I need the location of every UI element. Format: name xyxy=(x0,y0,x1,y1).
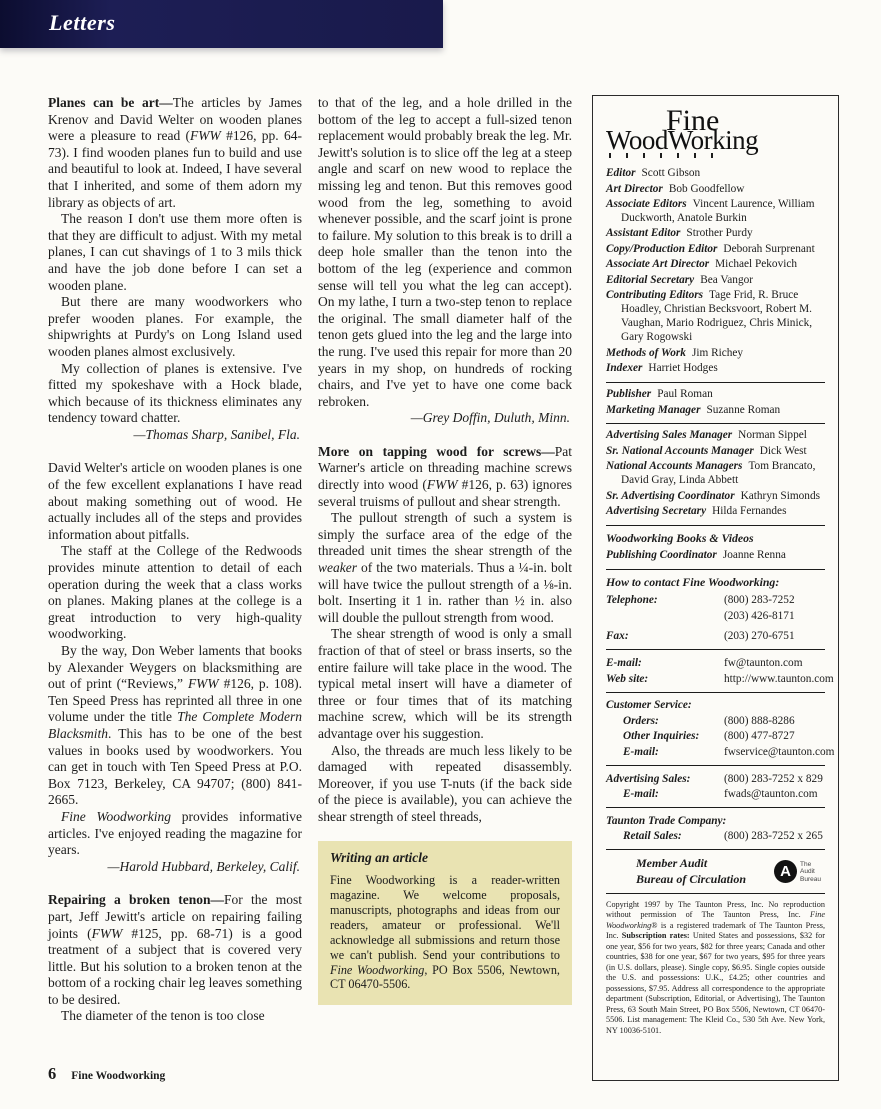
letter-start-paragraph: Repairing a broken tenon—For the most pa… xyxy=(48,892,302,1008)
letter-paragraph: My collection of planes is extensive. I'… xyxy=(48,361,302,427)
masthead-entry-label: Advertising Sales Manager xyxy=(606,429,732,441)
masthead-divider xyxy=(606,807,825,808)
contact-value: fw@taunton.com xyxy=(724,656,825,671)
masthead-entry: Editorial SecretaryBea Vangor xyxy=(606,274,825,288)
masthead-entry-value: Harriet Hodges xyxy=(648,362,717,374)
masthead-entry-label: Publisher xyxy=(606,388,651,400)
letters-column-2-text: to that of the leg, and a hole drilled i… xyxy=(318,95,572,826)
audit-bureau-logo: ATheAuditBureau xyxy=(774,860,825,883)
masthead-entry-value: Jim Richey xyxy=(692,347,743,359)
letter-signature: —Thomas Sharp, Sanibel, Fla. xyxy=(48,427,302,444)
letter-signature: —Harold Hubbard, Berkeley, Calif. xyxy=(48,859,302,876)
contact-label: Web site: xyxy=(606,672,724,687)
masthead-entry-value: Bea Vangor xyxy=(700,274,753,286)
letter-paragraph: The staff at the College of the Redwoods… xyxy=(48,543,302,643)
masthead-entry: National Accounts ManagersTom Brancato, … xyxy=(606,460,825,488)
audit-bureau-caption-line: The xyxy=(800,861,821,868)
masthead-entry-label: Publishing Coordinator xyxy=(606,549,717,561)
masthead-entry: Assistant EditorStrother Purdy xyxy=(606,227,825,241)
letters-column-2: to that of the leg, and a hole drilled i… xyxy=(318,95,572,1005)
contact-value: (800) 283-7252 x 829 xyxy=(724,772,825,787)
masthead-entry-label: Art Director xyxy=(606,183,663,195)
masthead-entry-label: Editorial Secretary xyxy=(606,274,694,286)
masthead-divider xyxy=(606,765,825,766)
audit-bureau-caption-line: Bureau xyxy=(800,876,821,883)
contact-label: E-mail: xyxy=(606,787,724,802)
masthead-entry: Methods of WorkJim Richey xyxy=(606,347,825,361)
contact-row: Fax:(203) 270-6751 xyxy=(606,629,825,644)
letter-paragraph: Fine Woodworking provides informative ar… xyxy=(48,809,302,859)
masthead-divider xyxy=(606,569,825,570)
masthead-entry: Sr. Advertising CoordinatorKathryn Simon… xyxy=(606,490,825,504)
page-section-title: Letters xyxy=(49,10,116,36)
letter-paragraph: David Welter's article on wooden planes … xyxy=(48,460,302,543)
masthead-box: Fine WoodWorking EditorScott GibsonArt D… xyxy=(592,95,839,1081)
contact-row: Web site:http://www.taunton.com xyxy=(606,672,825,687)
letter-paragraph: The pullout strength of such a system is… xyxy=(318,510,572,626)
masthead-entry-label: Marketing Manager xyxy=(606,404,700,416)
masthead-entry: Marketing ManagerSuzanne Roman xyxy=(606,404,825,418)
masthead-entry-label: Editor xyxy=(606,167,636,179)
section-header-bar: Letters xyxy=(0,0,443,48)
masthead-entry: Advertising SecretaryHilda Fernandes xyxy=(606,505,825,519)
contact-label: Fax: xyxy=(606,629,724,644)
contact-value: http://www.taunton.com xyxy=(724,672,834,687)
masthead-items: EditorScott GibsonArt DirectorBob Goodfe… xyxy=(606,167,825,1036)
contact-label: E-mail: xyxy=(606,745,724,760)
contact-value: (203) 426-8171 xyxy=(724,609,825,624)
contact-label: Orders: xyxy=(606,714,724,729)
masthead-entry-value: Kathryn Simonds xyxy=(741,490,820,502)
masthead-entry-value: Strother Purdy xyxy=(686,227,752,239)
letter-heading: Repairing a broken tenon— xyxy=(48,892,224,907)
magazine-letters-page: Letters Planes can be art—The articles b… xyxy=(0,0,881,1109)
masthead-entry-value: Joanne Renna xyxy=(723,549,786,561)
masthead-entry-value: Norman Sippel xyxy=(738,429,807,441)
masthead-fineprint: Copyright 1997 by The Taunton Press, Inc… xyxy=(606,900,825,1037)
fine-woodworking-logo: Fine WoodWorking xyxy=(606,108,825,158)
masthead-entry-value: Dick West xyxy=(760,445,807,457)
masthead-divider xyxy=(606,382,825,383)
letter-start-paragraph: Planes can be art—The articles by James … xyxy=(48,95,302,211)
masthead-entry-value: Deborah Surprenant xyxy=(723,243,814,255)
page-footer: 6 Fine Woodworking xyxy=(48,1064,165,1084)
masthead-section-heading: Woodworking Books & Videos xyxy=(606,531,825,546)
masthead-entry-value: Scott Gibson xyxy=(642,167,701,179)
contact-row: E-mail:fwservice@taunton.com xyxy=(606,745,825,760)
contact-row: Customer Service: xyxy=(606,698,825,713)
masthead-entry-label: Associate Editors xyxy=(606,198,687,210)
masthead-entry: Copy/Production EditorDeborah Surprenant xyxy=(606,243,825,257)
audit-bureau-caption-line: Audit xyxy=(800,868,821,875)
masthead-entry-value: Bob Goodfellow xyxy=(669,183,745,195)
letter-paragraph: Also, the threads are much less likely t… xyxy=(318,743,572,826)
masthead-divider xyxy=(606,849,825,850)
masthead-entry-label: Contributing Editors xyxy=(606,289,703,301)
letter-heading: More on tapping wood for screws— xyxy=(318,444,555,459)
masthead-divider xyxy=(606,893,825,894)
contact-row: Taunton Trade Company: xyxy=(606,814,825,829)
masthead-entry: Contributing EditorsTage Frid, R. Bruce … xyxy=(606,289,825,345)
letter-start-paragraph: More on tapping wood for screws—Pat Warn… xyxy=(318,444,572,510)
letter-signature: —Grey Doffin, Duluth, Minn. xyxy=(318,410,572,427)
masthead-entry-label: Methods of Work xyxy=(606,347,686,359)
contact-row: E-mail:fw@taunton.com xyxy=(606,656,825,671)
contact-value xyxy=(696,698,825,713)
contact-label: Customer Service: xyxy=(606,698,696,713)
masthead-entry: Advertising Sales ManagerNorman Sippel xyxy=(606,429,825,443)
contact-label: Telephone: xyxy=(606,593,724,608)
contact-value: (800) 477-8727 xyxy=(724,729,825,744)
masthead-entry: Art DirectorBob Goodfellow xyxy=(606,183,825,197)
footer-magazine-title: Fine Woodworking xyxy=(71,1070,165,1082)
masthead-entry-label: Assistant Editor xyxy=(606,227,680,239)
contact-row: Retail Sales:(800) 283-7252 x 265 xyxy=(606,829,825,844)
letter-heading: Planes can be art— xyxy=(48,95,173,110)
masthead-entry-value: Michael Pekovich xyxy=(715,258,797,270)
contact-label: Retail Sales: xyxy=(606,829,724,844)
page-number: 6 xyxy=(48,1064,56,1084)
masthead-entry-value: Paul Roman xyxy=(657,388,713,400)
contact-label: Taunton Trade Company: xyxy=(606,814,730,829)
masthead-entry: Associate EditorsVincent Laurence, Willi… xyxy=(606,198,825,226)
masthead-divider xyxy=(606,423,825,424)
masthead-entry-label: Sr. Advertising Coordinator xyxy=(606,490,735,502)
audit-bureau-logo-caption: TheAuditBureau xyxy=(800,861,821,883)
writing-box-title: Writing an article xyxy=(330,850,560,867)
contact-label: Other Inquiries: xyxy=(606,729,724,744)
masthead-entry: Sr. National Accounts ManagerDick West xyxy=(606,445,825,459)
writing-an-article-box: Writing an article Fine Woodworking is a… xyxy=(318,841,572,1006)
audit-bureau-logo-icon: A xyxy=(774,860,797,883)
letter-paragraph: By the way, Don Weber laments that books… xyxy=(48,643,302,809)
audit-bureau-member-line: Bureau of Circulation xyxy=(636,872,774,888)
letters-column-1: Planes can be art—The articles by James … xyxy=(48,95,302,1025)
letter-paragraph: The diameter of the tenon is too close xyxy=(48,1008,302,1025)
masthead-entry: PublisherPaul Roman xyxy=(606,388,825,402)
masthead-section-heading: How to contact Fine Woodworking: xyxy=(606,575,825,590)
masthead-entry: EditorScott Gibson xyxy=(606,167,825,181)
contact-row: Advertising Sales:(800) 283-7252 x 829 xyxy=(606,772,825,787)
audit-bureau-block: Member AuditBureau of CirculationATheAud… xyxy=(606,856,825,887)
masthead-entry: Associate Art DirectorMichael Pekovich xyxy=(606,258,825,272)
contact-value: fwservice@taunton.com xyxy=(724,745,834,760)
masthead-divider xyxy=(606,649,825,650)
letter-paragraph: But there are many woodworkers who prefe… xyxy=(48,294,302,360)
contact-row: (203) 426-8171 xyxy=(606,609,825,624)
contact-row: Telephone:(800) 283-7252 xyxy=(606,593,825,608)
contact-value xyxy=(730,814,825,829)
masthead-entry-label: Sr. National Accounts Manager xyxy=(606,445,754,457)
masthead-divider xyxy=(606,525,825,526)
masthead-entry-label: Indexer xyxy=(606,362,642,374)
contact-value: (800) 888-8286 xyxy=(724,714,825,729)
masthead-entry: Publishing CoordinatorJoanne Renna xyxy=(606,549,825,563)
masthead-entry: IndexerHarriet Hodges xyxy=(606,362,825,376)
contact-label: Advertising Sales: xyxy=(606,772,724,787)
masthead-entry-value: Suzanne Roman xyxy=(706,404,780,416)
masthead-entry-label: Copy/Production Editor xyxy=(606,243,717,255)
masthead-entry-value: Hilda Fernandes xyxy=(712,505,786,517)
contact-row: E-mail:fwads@taunton.com xyxy=(606,787,825,802)
contact-value: fwads@taunton.com xyxy=(724,787,825,802)
contact-label xyxy=(606,609,724,624)
letter-paragraph: to that of the leg, and a hole drilled i… xyxy=(318,95,572,410)
letter-paragraph: The shear strength of wood is only a sma… xyxy=(318,626,572,742)
audit-bureau-member-line: Member Audit xyxy=(636,856,774,872)
writing-box-body: Fine Woodworking is a reader-written mag… xyxy=(330,873,560,992)
letter-paragraph: The reason I don't use them more often i… xyxy=(48,211,302,294)
contact-value: (800) 283-7252 x 265 xyxy=(724,829,825,844)
contact-row: Orders:(800) 888-8286 xyxy=(606,714,825,729)
audit-bureau-member-text: Member AuditBureau of Circulation xyxy=(606,856,774,887)
masthead-entry-label: Associate Art Director xyxy=(606,258,709,270)
contact-value: (203) 270-6751 xyxy=(724,629,825,644)
masthead-entry-label: Advertising Secretary xyxy=(606,505,706,517)
contact-value: (800) 283-7252 xyxy=(724,593,825,608)
masthead-entry-label: National Accounts Managers xyxy=(606,460,742,472)
contact-row: Other Inquiries:(800) 477-8727 xyxy=(606,729,825,744)
logo-line-woodworking: WoodWorking xyxy=(606,128,825,153)
masthead-divider xyxy=(606,692,825,693)
contact-label: E-mail: xyxy=(606,656,724,671)
